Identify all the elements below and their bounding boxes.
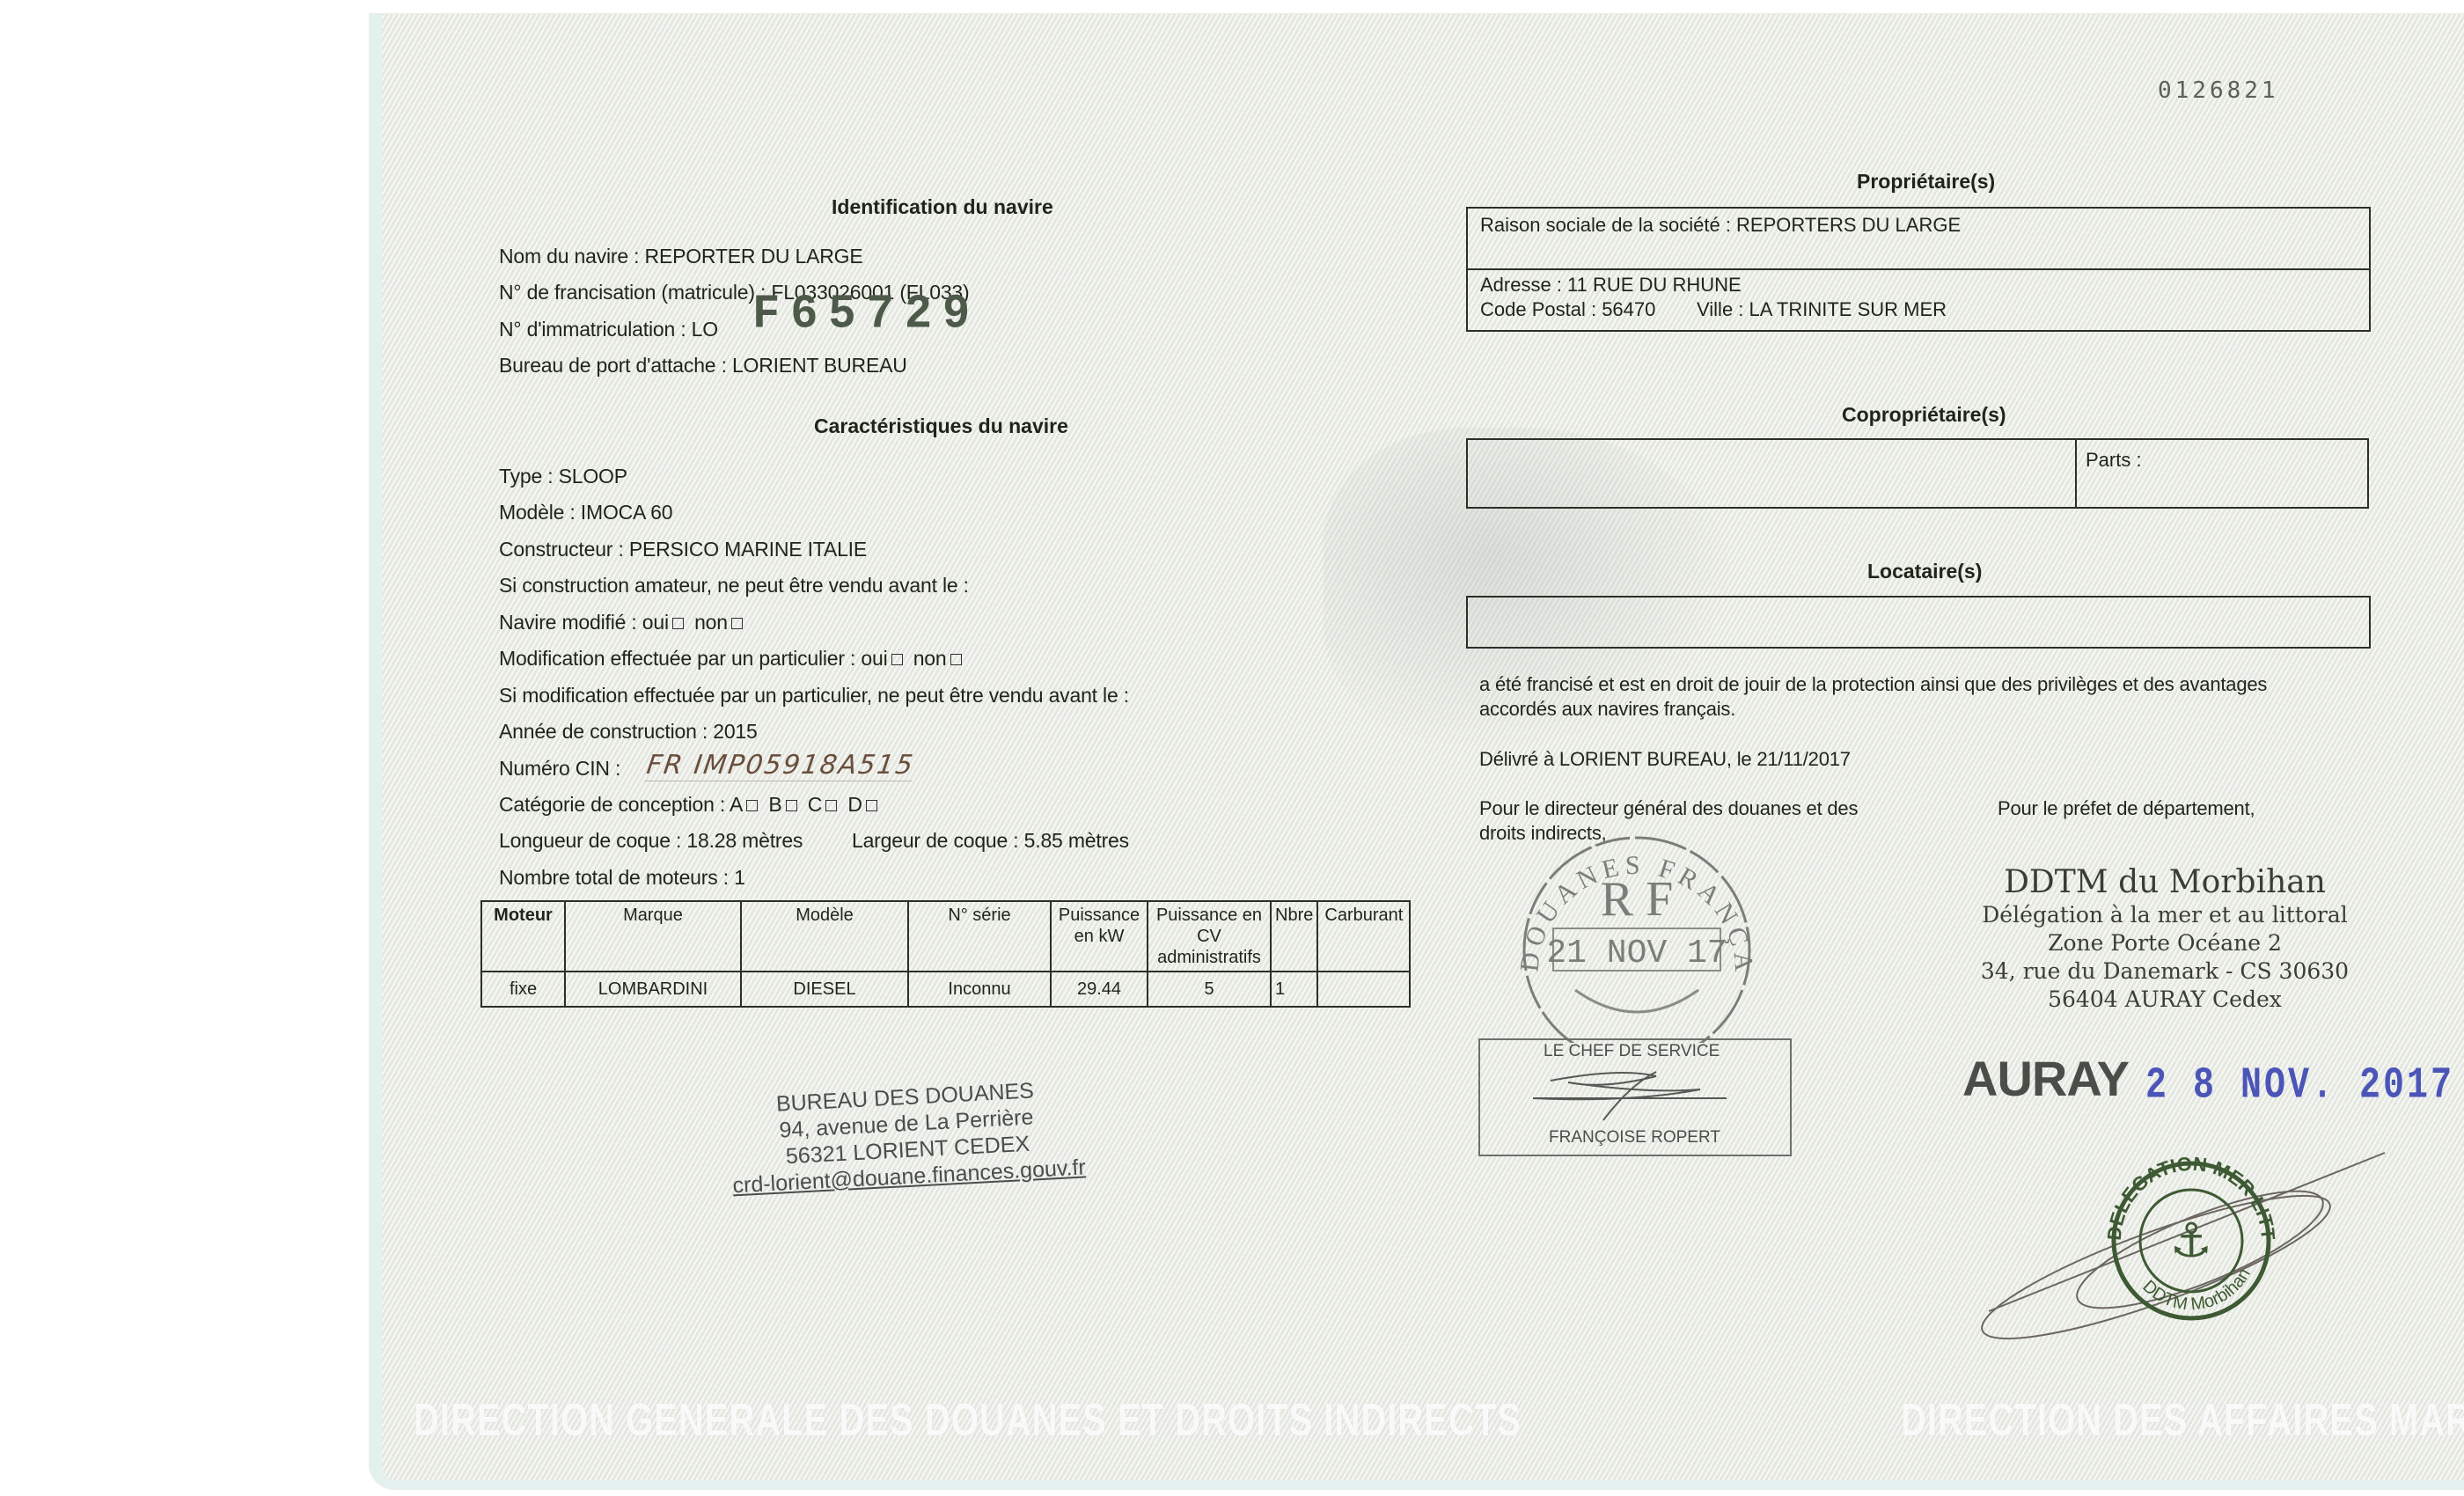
auray-date-stamp: 2 8 NOV. 2017 [2145, 1061, 2454, 1111]
cell-serie: Inconnu [908, 972, 1051, 1007]
navire-modifie-label: Navire modifié : [499, 611, 637, 634]
owner-address: Adresse : 11 RUE DU RHUNE [1480, 274, 1742, 297]
immatriculation-stamp: F65729 [752, 288, 980, 342]
category-d: D [847, 793, 862, 816]
header-nbre: Nbre [1271, 901, 1317, 972]
design-category-label: Catégorie de conception : [499, 793, 725, 816]
ddtm-line: 34, rue du Danemark - CS 30630 [1971, 957, 2358, 986]
owner-address-box: Adresse : 11 RUE DU RHUNE Code Postal : … [1466, 268, 2371, 332]
hull-length: Longueur de coque : 18.28 mètres [499, 829, 803, 853]
ship-model: Modèle : IMOCA 60 [499, 501, 672, 524]
cell-puissance-kw: 29.44 [1051, 972, 1148, 1007]
ddtm-line: Zone Porte Océane 2 [1971, 929, 2358, 957]
delegation-seal-icon: DELEGATION MER LITTORAL DDTM Morbihan ⚓ [1971, 1135, 2429, 1346]
svg-text:21 NOV 17: 21 NOV 17 [1546, 935, 1727, 972]
header-modele: Modèle [741, 901, 908, 972]
non-checkbox[interactable] [950, 654, 962, 665]
signatory-name: FRANÇOISE ROPERT [1549, 1128, 1720, 1148]
issued-at: Délivré à LORIENT BUREAU, le 21/11/2017 [1479, 748, 1851, 771]
non-checkbox[interactable] [731, 618, 743, 629]
header-carburant: Carburant [1317, 901, 1410, 972]
co-owners-heading: Copropriétaire(s) [1842, 403, 2006, 427]
footer-watermark-left: DIRECTION GENERALE DES DOUANES ET DROITS… [414, 1395, 1522, 1447]
navire-modifie-row: Navire modifié : oui non [499, 611, 748, 634]
engines-table: Moteur Marque Modèle N° série Puissance … [480, 900, 1411, 1008]
customs-office-stamp: BUREAU DES DOUANES 94, avenue de La Perr… [728, 1075, 1086, 1199]
svg-text:DELEGATION MER LITTORAL: DELEGATION MER LITTORAL [1971, 1135, 2279, 1242]
header-serie: N° série [908, 901, 1051, 972]
declaration-line-2: accordés aux navires français. [1479, 698, 1735, 721]
customs-seal-icon: DOUANES FRANÇAISES R F 21 NOV 17 [1505, 832, 1769, 1043]
cin-handwritten-value: FR IMP05918A515 [644, 750, 916, 781]
owner-postal-code: Code Postal : 56470 [1480, 298, 1655, 321]
engine-count: Nombre total de moteurs : 1 [499, 866, 745, 890]
modif-particulier-label: Modification effectuée par un particulie… [499, 647, 855, 670]
engines-table-header: Moteur Marque Modèle N° série Puissance … [481, 901, 1410, 972]
identification-heading: Identification du navire [832, 195, 1053, 219]
tenant-box [1466, 596, 2371, 649]
hull-width: Largeur de coque : 5.85 mètres [852, 829, 1129, 853]
header-puissance-kw: Puissance en kW [1051, 901, 1148, 972]
serial-number: 0126821 [2158, 77, 2279, 104]
header-moteur: Moteur [481, 901, 565, 972]
co-owner-parts-box: Parts : [2073, 438, 2369, 509]
design-category-row: Catégorie de conception : A B C D [499, 793, 883, 817]
immatriculation-label: N° d'immatriculation : LO [499, 318, 718, 341]
build-year: Année de construction : 2015 [499, 720, 758, 744]
ddtm-stamp: DDTM du Morbihan Délégation à la mer et … [1971, 864, 2358, 1014]
svg-text:⚓: ⚓ [2170, 1213, 2212, 1268]
auray-stamp: AURAY [1962, 1050, 2129, 1107]
category-d-checkbox[interactable] [866, 800, 877, 811]
modif-vendu-note: Si modification effectuée par un particu… [499, 684, 1129, 708]
category-c: C [808, 793, 822, 816]
port-attache: Bureau de port d'attache : LORIENT BUREA… [499, 354, 907, 378]
header-marque: Marque [565, 901, 741, 972]
svg-text:R F: R F [1601, 872, 1674, 927]
modif-particulier-row: Modification effectuée par un particulie… [499, 647, 967, 671]
oui-label: oui [861, 647, 887, 670]
prefect-line: Pour le préfet de département, [1998, 797, 2255, 820]
cell-moteur: fixe [481, 972, 565, 1007]
cell-puissance-cv: 5 [1148, 972, 1271, 1007]
oui-checkbox[interactable] [891, 654, 903, 665]
ddtm-line: 56404 AURAY Cedex [1971, 986, 2358, 1014]
chief-title: LE CHEF DE SERVICE [1544, 1042, 1720, 1061]
tenants-heading: Locataire(s) [1867, 560, 1982, 583]
non-label: non [913, 647, 947, 670]
table-row: fixe LOMBARDINI DIESEL Inconnu 29.44 5 1 [481, 972, 1410, 1007]
category-c-checkbox[interactable] [825, 800, 837, 811]
non-label: non [694, 611, 728, 634]
service-chief-stamp: LE CHEF DE SERVICE FRANÇOISE ROPERT [1478, 1038, 1792, 1156]
category-a-checkbox[interactable] [746, 800, 758, 811]
owners-heading: Propriétaire(s) [1857, 170, 1995, 194]
cell-modele: DIESEL [741, 972, 908, 1007]
co-owner-box [1466, 438, 2077, 509]
owner-city: Ville : LA TRINITE SUR MER [1697, 298, 1947, 321]
signature-icon [1515, 1063, 1753, 1125]
ddtm-line: Délégation à la mer et au littoral [1971, 901, 2358, 929]
ship-builder: Constructeur : PERSICO MARINE ITALIE [499, 538, 867, 561]
declaration-line-1: a été francisé et est en droit de jouir … [1479, 673, 2267, 696]
ship-type: Type : SLOOP [499, 465, 627, 488]
category-b-checkbox[interactable] [786, 800, 797, 811]
parts-label: Parts : [2086, 449, 2142, 472]
director-line-1: Pour le directeur général des douanes et… [1479, 797, 1858, 820]
ship-name: Nom du navire : REPORTER DU LARGE [499, 245, 863, 268]
header-puissance-cv: Puissance en CV administratifs [1148, 901, 1271, 972]
cell-carburant [1317, 972, 1410, 1007]
category-b: B [768, 793, 781, 816]
cell-marque: LOMBARDINI [565, 972, 741, 1007]
cin-label: Numéro CIN : [499, 757, 620, 781]
amateur-note: Si construction amateur, ne peut être ve… [499, 574, 969, 598]
ddtm-title: DDTM du Morbihan [1971, 864, 2358, 901]
characteristics-heading: Caractéristiques du navire [814, 414, 1068, 438]
cell-nbre: 1 [1271, 972, 1317, 1007]
owner-company-name: Raison sociale de la société : REPORTERS… [1480, 214, 1961, 237]
owner-company-box: Raison sociale de la société : REPORTERS… [1466, 207, 2371, 270]
oui-label: oui [642, 611, 669, 634]
oui-checkbox[interactable] [672, 618, 684, 629]
footer-watermark-right: DIRECTION DES AFFAIRES MARITIMES [1901, 1395, 2464, 1447]
category-a: A [730, 793, 743, 816]
